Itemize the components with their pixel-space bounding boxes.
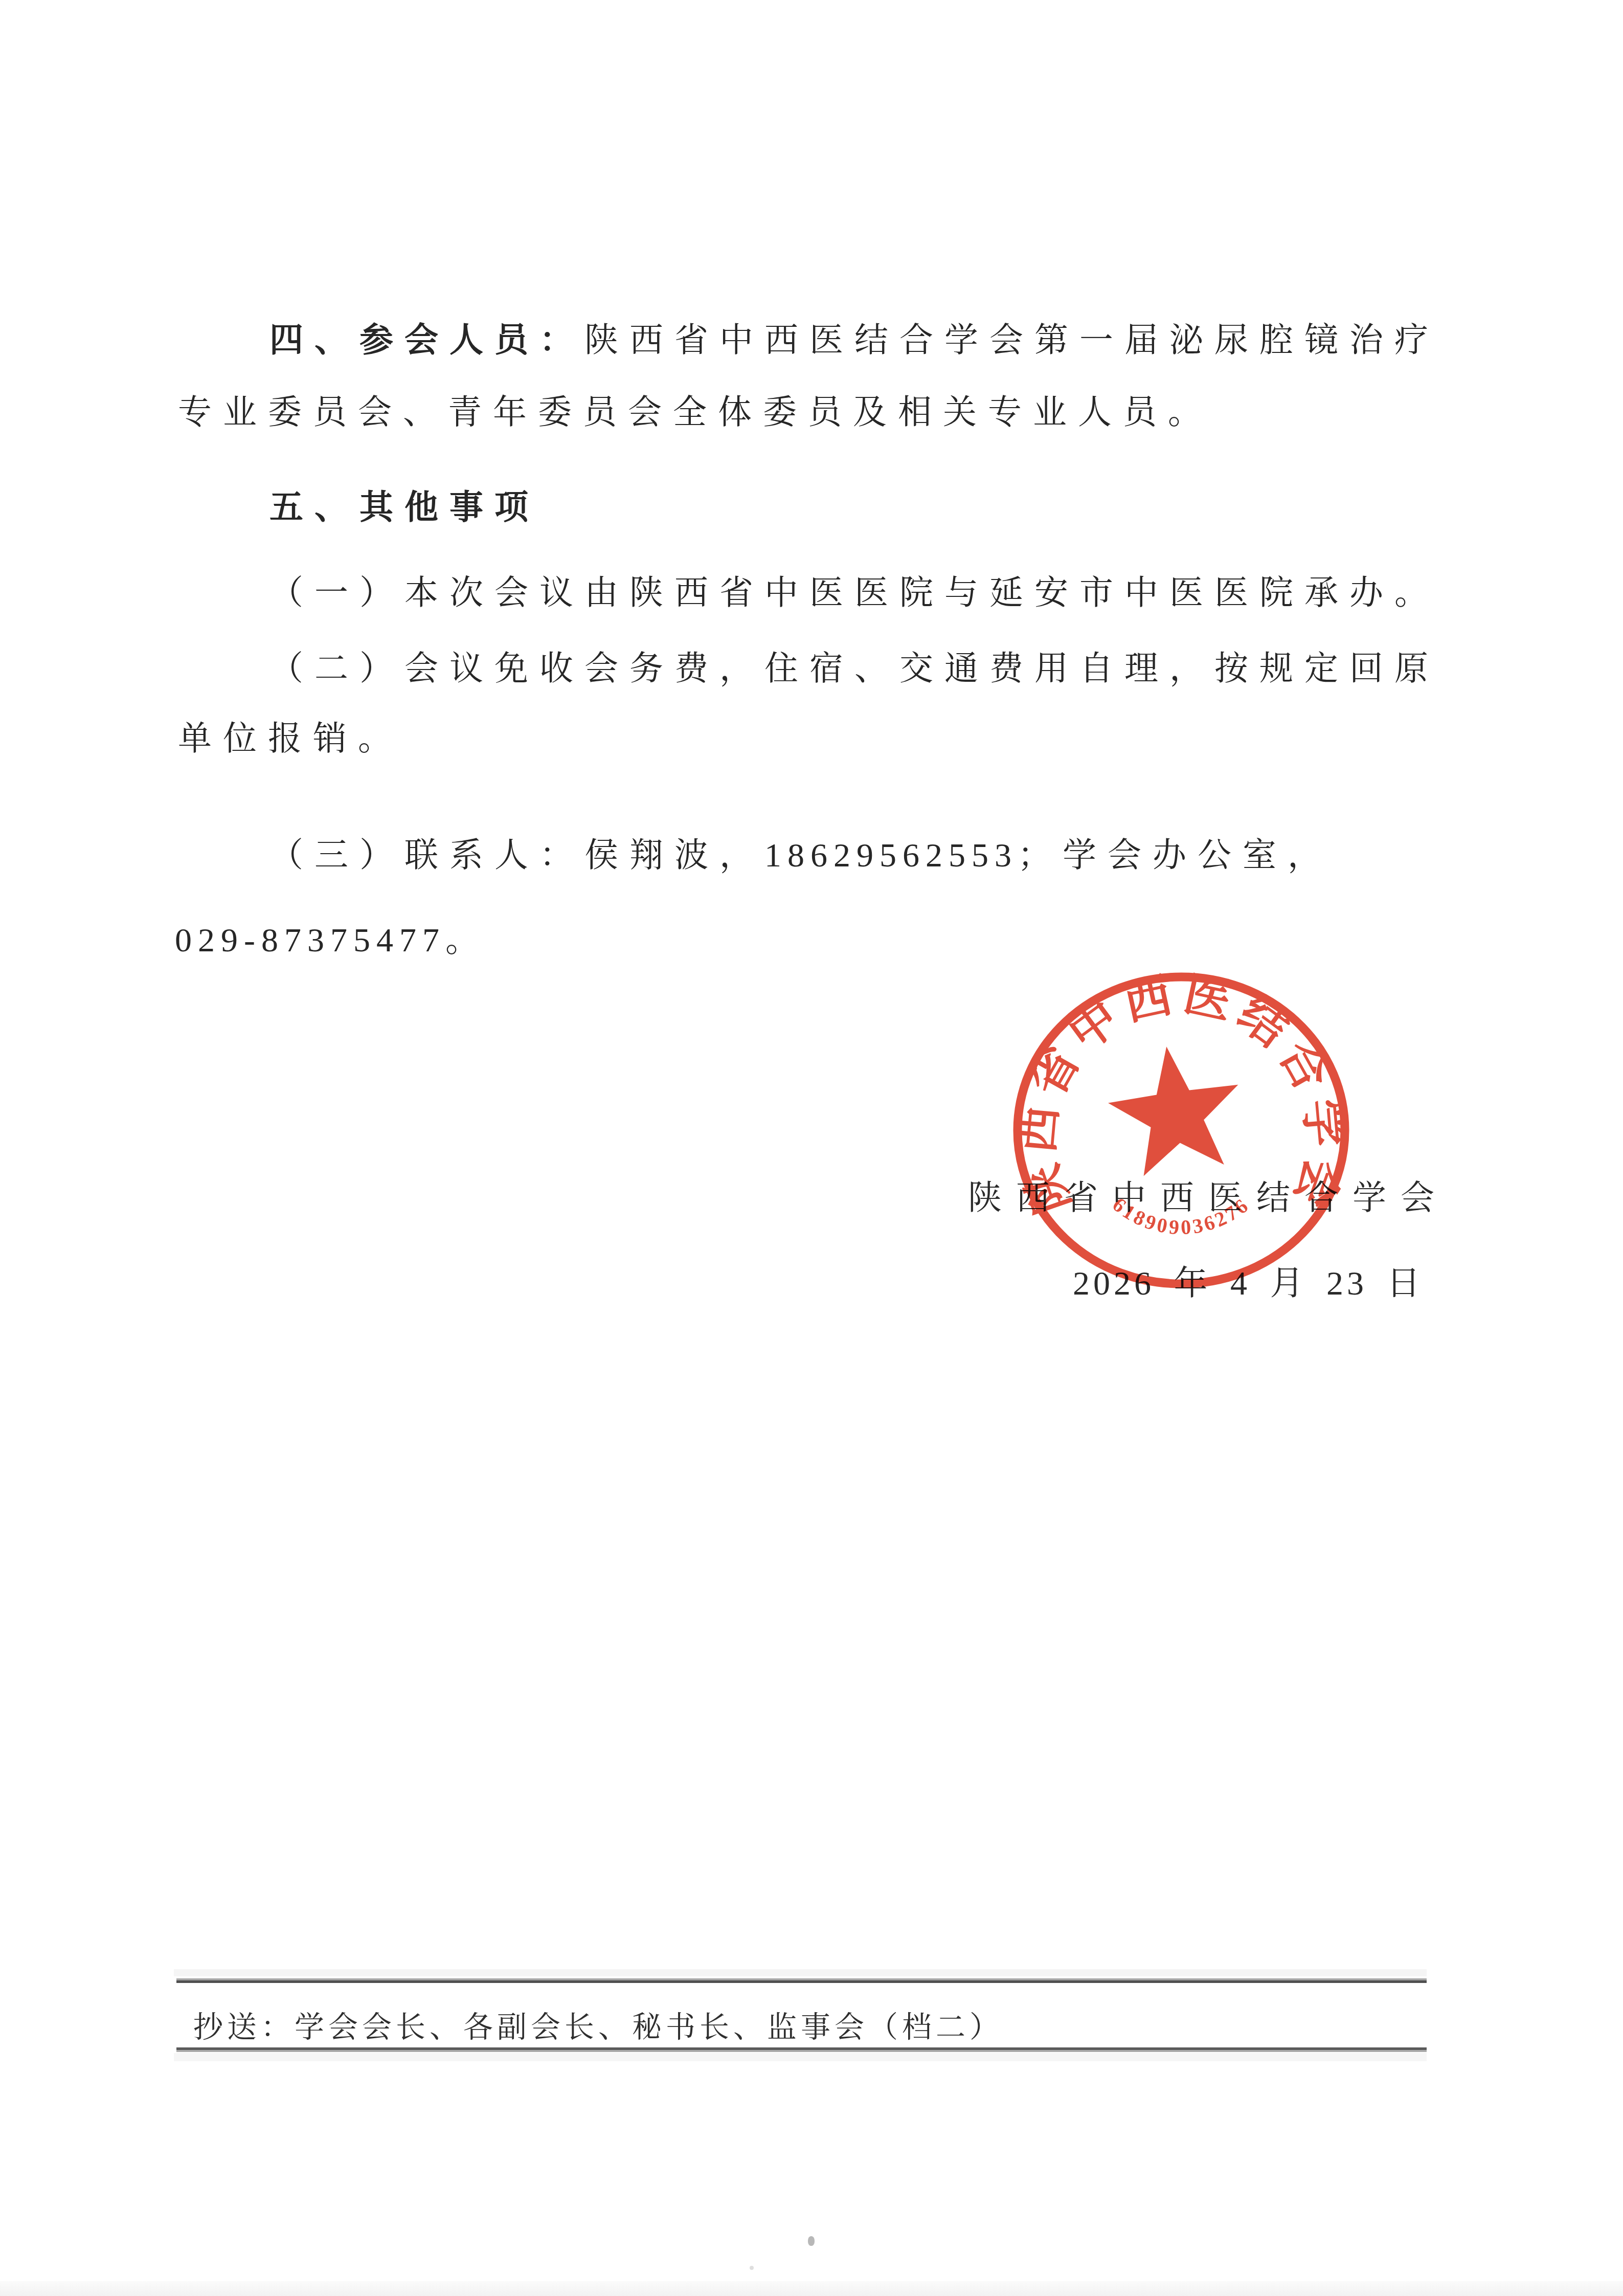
page-bottom-scan-edge [0,2281,1623,2296]
section-4-label: 四、参会人员： [269,322,584,359]
contact-suffix: ；学会办公室， [1018,837,1333,874]
contact-phone-mobile: 18629562553 [764,837,1018,874]
body-line-participants-2: 专业委员会、青年委员会全体委员及相关专业人员。 [178,385,1213,433]
section-5-heading: 五、其他事项 [269,480,539,528]
office-phone-period: 。 [445,922,490,959]
scan-speck [750,2266,754,2270]
scan-artifact-band [174,1969,1427,1976]
body-line-office-phone: 029-87375477。 [175,912,490,961]
scan-artifact-band [174,2053,1427,2061]
body-line-item3: （三）联系人：侯翔波，18629562553；学会办公室， [269,828,1333,876]
seal-serial-number: 618909036276 [1108,1193,1254,1239]
footer-rule-bottom [176,2047,1427,2052]
body-line-item1: （一）本次会议由陕西省中医医院与延安市中医医院承办。 [269,565,1439,614]
contact-prefix: （三）联系人：侯翔波， [269,837,764,874]
body-line-item2-2: 单位报销。 [178,711,403,760]
scan-speck [808,2236,815,2246]
footer-cc-line: 抄送：学会会长、各副会长、秘书长、监事会（档二） [193,2003,1003,2046]
star-icon [1101,1037,1249,1179]
footer-rule-top [176,1978,1427,1983]
body-line-participants-1: 四、参会人员：陕西省中西医结合学会第一届泌尿腔镜治疗 [269,313,1439,361]
official-seal: 陕西省中西医结合学会 618909036276 [982,941,1381,1320]
contact-phone-office: 029-87375477 [175,922,445,959]
document-page: 四、参会人员：陕西省中西医结合学会第一届泌尿腔镜治疗 专业委员会、青年委员会全体… [0,0,1623,2296]
body-line-item2-1: （二）会议免收会务费，住宿、交通费用自理，按规定回原 [269,641,1439,689]
section-4-text: 陕西省中西医结合学会第一届泌尿腔镜治疗 [584,322,1439,359]
